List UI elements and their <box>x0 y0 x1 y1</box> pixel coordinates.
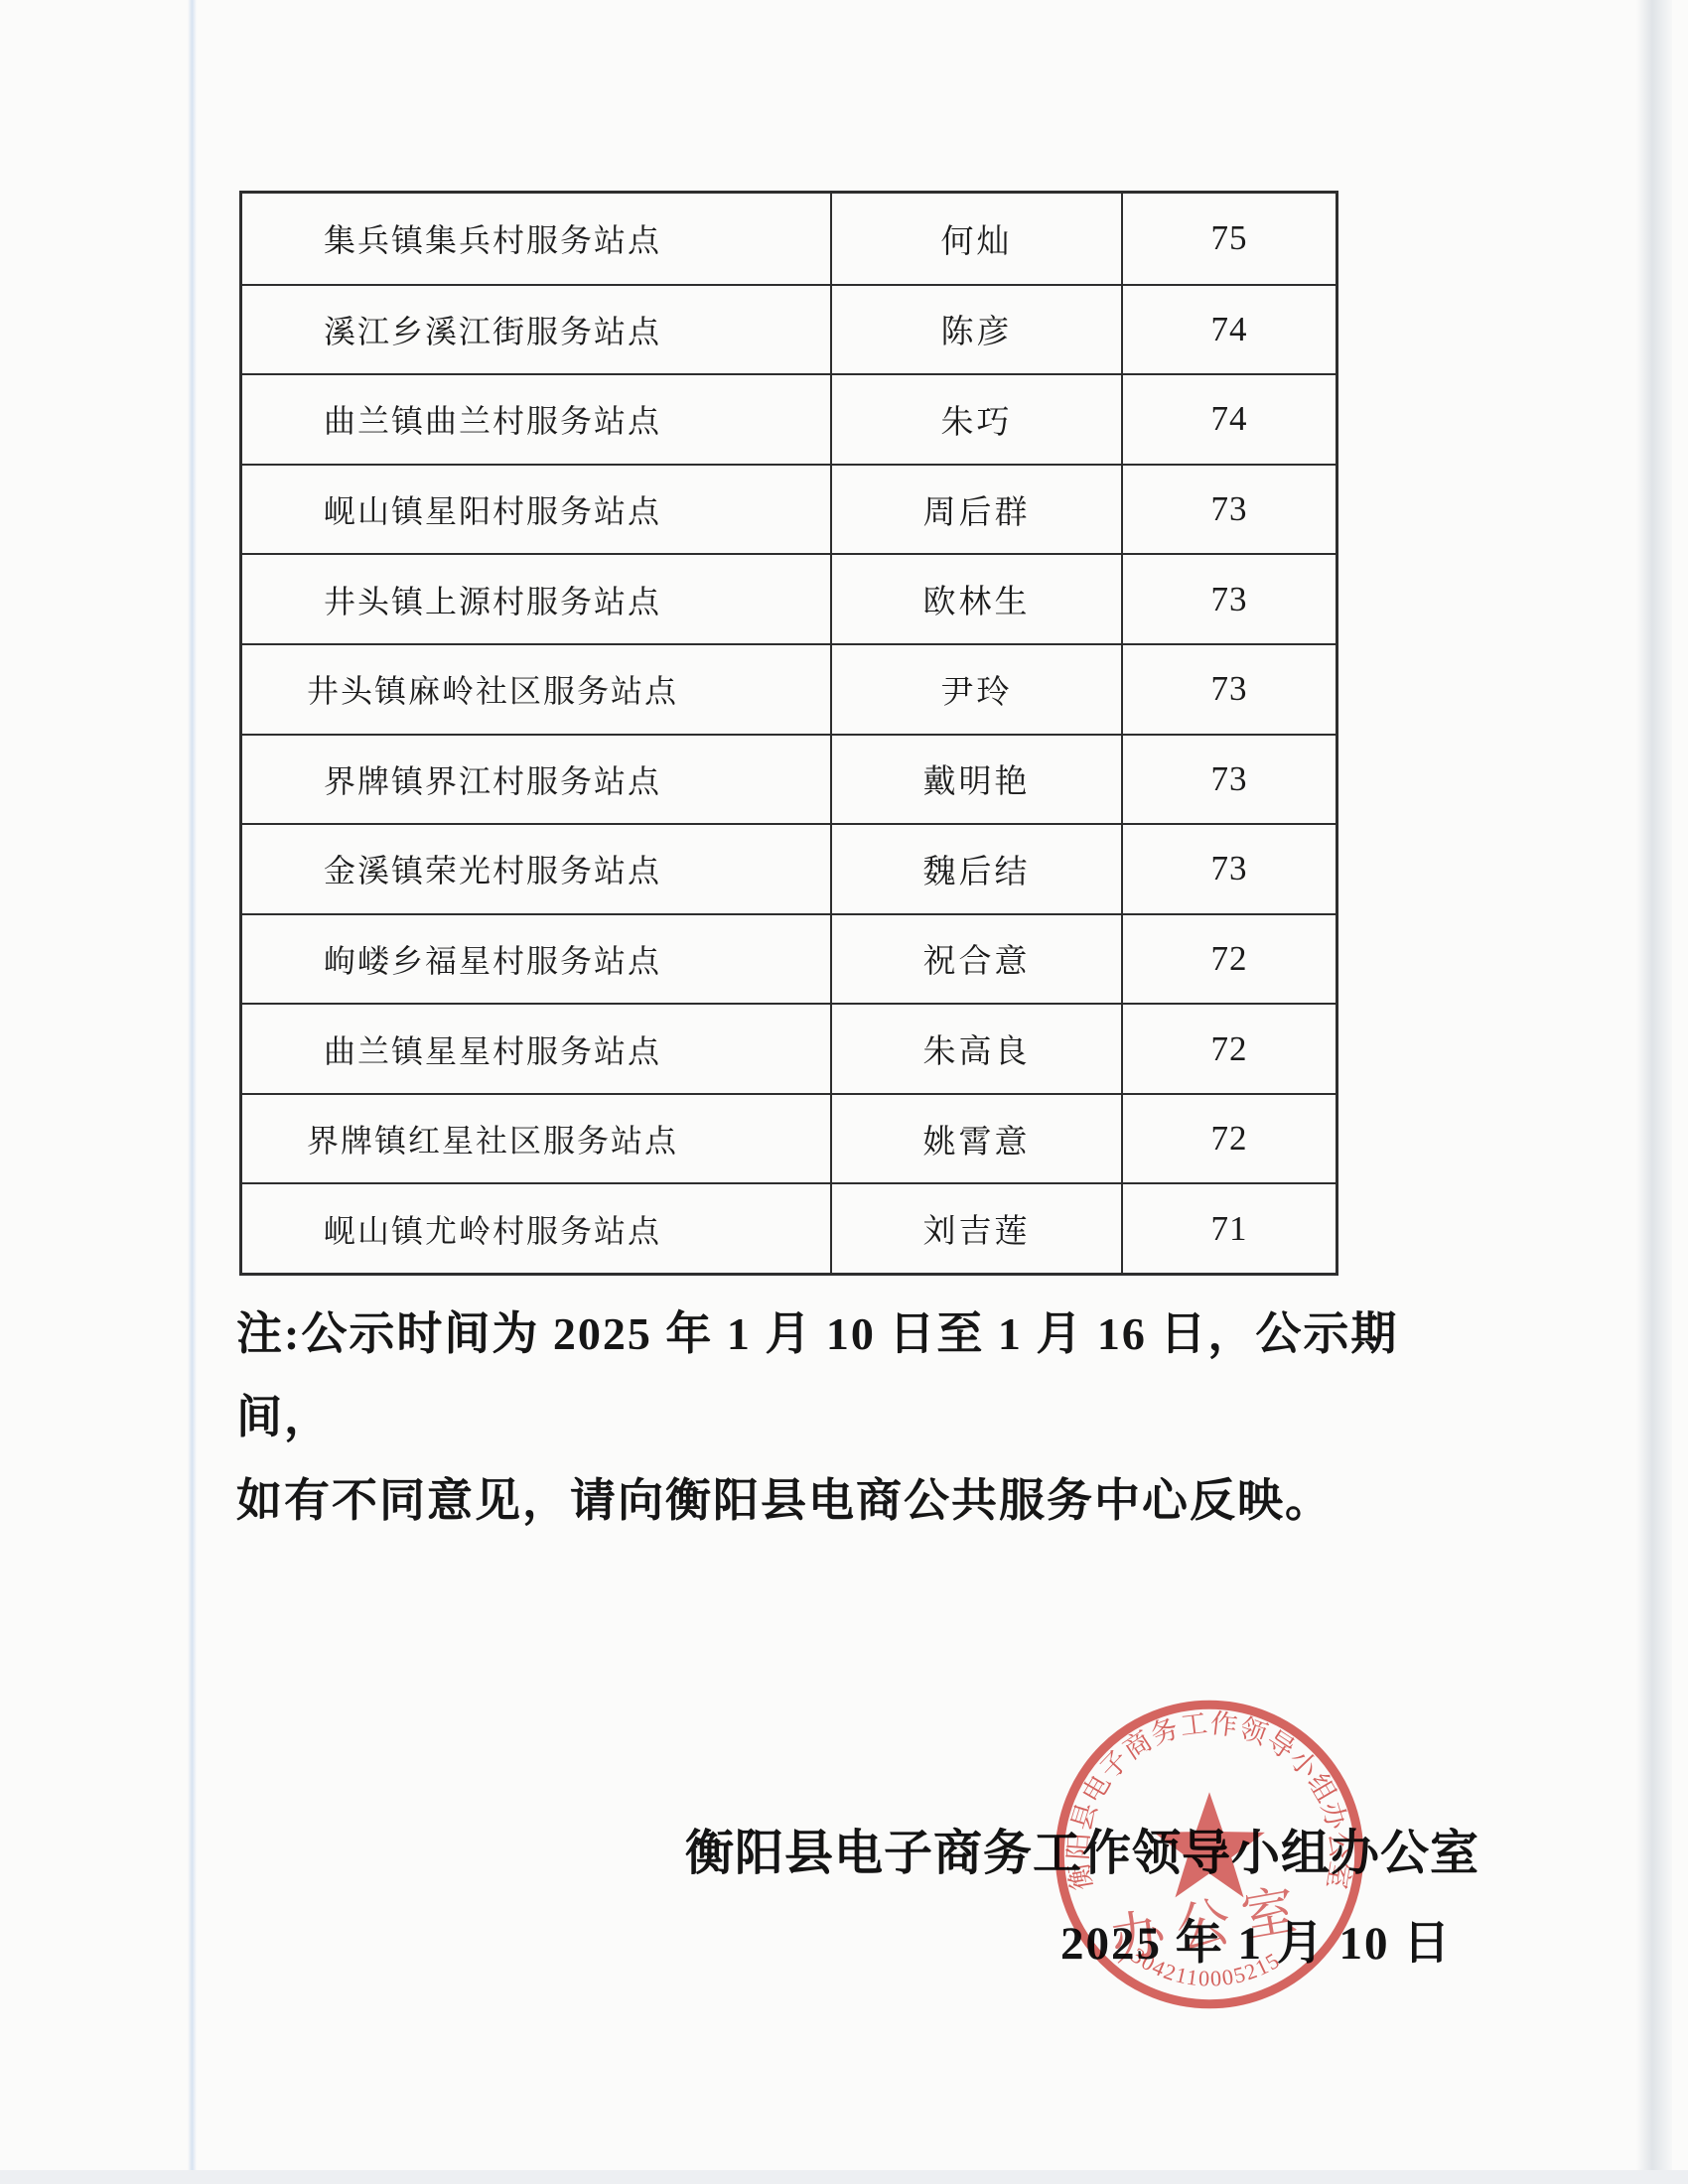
document-page: 集兵镇集兵村服务站点何灿75溪江乡溪江街服务站点陈彦74曲兰镇曲兰村服务站点朱巧… <box>0 0 1688 2184</box>
cell-station: 曲兰镇曲兰村服务站点 <box>242 375 832 464</box>
cell-score: 73 <box>1123 466 1336 554</box>
cell-station: 井头镇上源村服务站点 <box>242 555 832 643</box>
cell-score: 74 <box>1123 375 1336 464</box>
cell-score: 73 <box>1123 645 1336 734</box>
cell-station: 界牌镇红星社区服务站点 <box>242 1095 832 1183</box>
cell-station: 岘山镇星阳村服务站点 <box>242 466 832 554</box>
cell-score: 73 <box>1123 825 1336 913</box>
cell-name: 刘吉莲 <box>832 1184 1123 1273</box>
cell-station: 井头镇麻岭社区服务站点 <box>242 645 832 734</box>
cell-station: 界牌镇界江村服务站点 <box>242 736 832 824</box>
cell-score: 72 <box>1123 915 1336 1004</box>
cell-name: 朱巧 <box>832 375 1123 464</box>
note-line-1: 注:公示时间为 2025 年 1 月 10 日至 1 月 16 日，公示期间， <box>236 1308 1398 1442</box>
table-row: 界牌镇红星社区服务站点姚霄意72 <box>242 1093 1336 1183</box>
cell-score: 71 <box>1123 1184 1336 1273</box>
cell-name: 欧林生 <box>832 555 1123 643</box>
cell-name: 魏后结 <box>832 825 1123 913</box>
cell-name: 陈彦 <box>832 286 1123 374</box>
star-icon <box>1154 1792 1265 1897</box>
table-row: 界牌镇界江村服务站点戴明艳73 <box>242 734 1336 824</box>
cell-name: 何灿 <box>832 194 1123 284</box>
cell-score: 74 <box>1123 286 1336 374</box>
cell-station: 岘山镇尤岭村服务站点 <box>242 1184 832 1273</box>
cell-name: 朱高良 <box>832 1005 1123 1093</box>
table-row: 岣嵝乡福星村服务站点祝合意72 <box>242 913 1336 1004</box>
score-table: 集兵镇集兵村服务站点何灿75溪江乡溪江街服务站点陈彦74曲兰镇曲兰村服务站点朱巧… <box>239 191 1338 1276</box>
table-row: 溪江乡溪江街服务站点陈彦74 <box>242 284 1336 374</box>
cell-score: 73 <box>1123 736 1336 824</box>
table-row: 曲兰镇星星村服务站点朱高良72 <box>242 1003 1336 1093</box>
table-row: 金溪镇荣光村服务站点魏后结73 <box>242 823 1336 913</box>
cell-name: 祝合意 <box>832 915 1123 1004</box>
note-text: 注:公示时间为 2025 年 1 月 10 日至 1 月 16 日，公示期间， … <box>236 1293 1438 1543</box>
cell-station: 岣嵝乡福星村服务站点 <box>242 915 832 1004</box>
table-row: 集兵镇集兵村服务站点何灿75 <box>242 194 1336 284</box>
scan-bottom-strip <box>0 2170 1688 2184</box>
cell-station: 溪江乡溪江街服务站点 <box>242 286 832 374</box>
cell-name: 尹玲 <box>832 645 1123 734</box>
cell-score: 72 <box>1123 1095 1336 1183</box>
paper-left-edge <box>188 0 197 2184</box>
table-row: 井头镇上源村服务站点欧林生73 <box>242 553 1336 643</box>
cell-name: 周后群 <box>832 466 1123 554</box>
paper-right-edge <box>1636 0 1672 2184</box>
note-line-2: 如有不同意见，请向衡阳县电商公共服务中心反映。 <box>236 1475 1333 1526</box>
cell-score: 73 <box>1123 555 1336 643</box>
cell-name: 戴明艳 <box>832 736 1123 824</box>
cell-score: 72 <box>1123 1005 1336 1093</box>
table-row: 岘山镇星阳村服务站点周后群73 <box>242 464 1336 554</box>
cell-score: 75 <box>1123 194 1336 284</box>
cell-name: 姚霄意 <box>832 1095 1123 1183</box>
cell-station: 金溪镇荣光村服务站点 <box>242 825 832 913</box>
official-seal: 衡阳县电子商务工作领导小组办公室 办公室 3042110005215 <box>1039 1684 1380 2025</box>
table-row: 岘山镇尤岭村服务站点刘吉莲71 <box>242 1182 1336 1273</box>
table-row: 井头镇麻岭社区服务站点尹玲73 <box>242 643 1336 734</box>
cell-station: 曲兰镇星星村服务站点 <box>242 1005 832 1093</box>
cell-station: 集兵镇集兵村服务站点 <box>242 194 832 284</box>
table-row: 曲兰镇曲兰村服务站点朱巧74 <box>242 373 1336 464</box>
